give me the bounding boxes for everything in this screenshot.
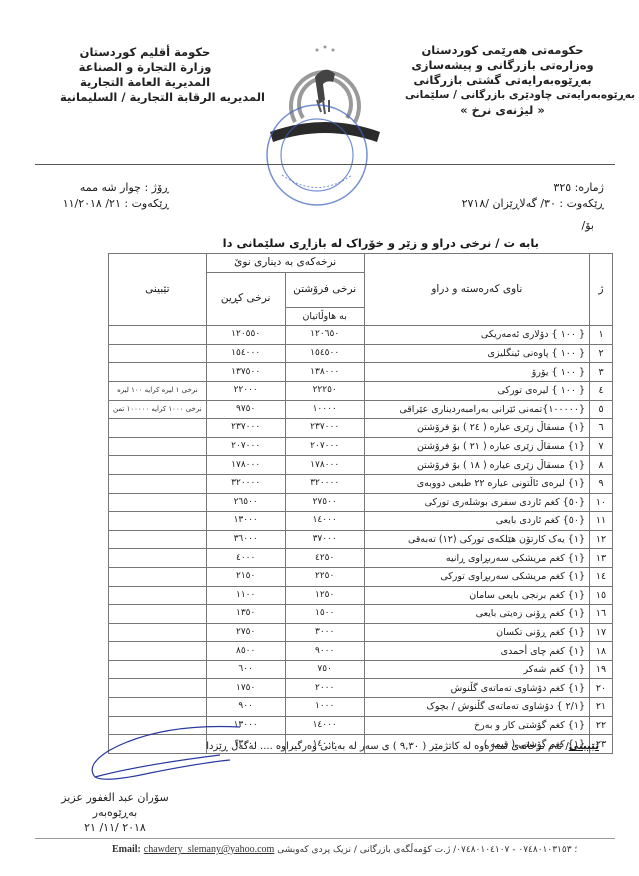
arabic-header: حكومة أقليم كوردستان وزارة التجارة و الص… xyxy=(60,45,230,105)
row-index: ٥ xyxy=(590,400,613,419)
kurdish-header-line: حکومەتی هەرێمی کوردستان xyxy=(405,43,600,58)
col-header-buy: نرخی کڕین xyxy=(206,272,285,326)
row-index: ٧ xyxy=(590,437,613,456)
item-name: {١} کغم شەکر xyxy=(364,660,589,679)
signature-date: ٢٠١٨ /١١/ ٢١ xyxy=(60,820,170,835)
buy-price: ١٣٧٥٠٠ xyxy=(206,363,285,382)
item-name: {١} کغم مریشکی سەربڕاوی تورکی xyxy=(364,567,589,586)
buy-price: ٦٠٠ xyxy=(206,660,285,679)
kurdish-header: حکومەتی هەرێمی کوردستان وەزارەتی بازرگان… xyxy=(405,43,600,118)
row-note xyxy=(109,493,207,512)
row-note xyxy=(109,326,207,345)
table-row: ١٦ {١} کغم ڕۆنی زەیتی بایعی ١٥٠٠ ١٣٥٠ xyxy=(109,605,613,624)
row-note xyxy=(109,586,207,605)
item-name: {١} کغم ڕۆنی زەیتی بایعی xyxy=(364,605,589,624)
item-name: {١} کغم مریشکی سەربڕاوی ڕانیە xyxy=(364,549,589,568)
row-note: نرخی ١٠٠٠ کرایە ١٠٠٠٠٠ تمن xyxy=(109,400,207,419)
row-note xyxy=(109,605,207,624)
sell-price: ١٥٠٠ xyxy=(285,605,364,624)
footer-phones: ؛ ٠٧٤٨٠١٠٣١٥٣ - ٠٧٤٨٠١٠٤١٠٧/ ژ.ت xyxy=(435,845,578,855)
buy-price: ٩٧٥٠ xyxy=(206,400,285,419)
row-index: ١٣ xyxy=(590,549,613,568)
sell-price: ٢٠٧٠٠٠ xyxy=(285,437,364,456)
row-index: ١٥ xyxy=(590,586,613,605)
row-index: ٣ xyxy=(590,363,613,382)
sell-price: ٩٠٠٠ xyxy=(285,642,364,661)
row-index: ٢ xyxy=(590,344,613,363)
item-name: {٥٠} کغم ئاردی سفری بوشلەری تورکی xyxy=(364,493,589,512)
row-note xyxy=(109,419,207,438)
table-row: ٦ {١} مسقاڵ زێری عیارە ( ٢٤ ) بۆ فرۆشتن … xyxy=(109,419,613,438)
buy-price: ٨٥٠٠ xyxy=(206,642,285,661)
row-index: ١٤ xyxy=(590,567,613,586)
buy-price: ٢٦٥٠٠ xyxy=(206,493,285,512)
buy-price: ٣٢٠٠٠٠ xyxy=(206,474,285,493)
sell-price: ٧٥٠ xyxy=(285,660,364,679)
committee-title: « لیژنەی نرخ » xyxy=(405,103,600,118)
footer-divider xyxy=(35,838,615,839)
col-header-sell-sub: بە هاوڵاتیان xyxy=(285,307,364,326)
row-note xyxy=(109,567,207,586)
row-note xyxy=(109,679,207,698)
col-header-index: ژ xyxy=(590,254,613,326)
buy-price: ١٣٠٠٠ xyxy=(206,512,285,531)
row-note xyxy=(109,512,207,531)
buy-price: ١٧٥٠ xyxy=(206,679,285,698)
item-name: {١} کغم دۆشاوی تەماتەی گڵنوش xyxy=(364,679,589,698)
item-name: {٥٠} کغم ئاردی بایعی xyxy=(364,512,589,531)
item-name: {١} مسقاڵ زێری عیارە ( ٢١ ) بۆ فرۆشتن xyxy=(364,437,589,456)
table-row: ١١ {٥٠} کغم ئاردی بایعی ١٤٠٠٠ ١٣٠٠٠ xyxy=(109,512,613,531)
table-row: ١٥ {١} کغم برنجی بایعی سامان ١٢٥٠ ١١٠٠ xyxy=(109,586,613,605)
table-row: ١٨ {١} کغم چای أحمدی ٩٠٠٠ ٨٥٠٠ xyxy=(109,642,613,661)
row-note xyxy=(109,642,207,661)
sell-price: ١٤٠٠٠ xyxy=(285,716,364,735)
item-name: { ١٠٠ } پاوەنی ئینگلیزی xyxy=(364,344,589,363)
row-note xyxy=(109,530,207,549)
item-name: { ١٠٠ } لیرەی تورکی xyxy=(364,381,589,400)
table-row: ٩ {١} لیرەی ئاڵتونی عیارە ٢٢ طبعی دووبەی… xyxy=(109,474,613,493)
footnote: تێبینی/ ئەم نرخانەی سەرەوە لە کاتژمێر ( … xyxy=(206,741,599,752)
buy-price: ٩٠٠ xyxy=(206,698,285,717)
sell-price: ١٢٠٦٥٠ xyxy=(285,326,364,345)
header-divider xyxy=(35,164,615,165)
row-note: نرخی ١ لیرە کرایە ١٠٠ لیرە xyxy=(109,381,207,400)
table-row: ٤ { ١٠٠ } لیرەی تورکی ٢٢٢٥٠ ٢٢٠٠٠ نرخی ١… xyxy=(109,381,613,400)
sell-price: ١٤٠٠٠ xyxy=(285,512,364,531)
row-index: ٢٢ xyxy=(590,716,613,735)
item-name: {١} کغم برنجی بایعی سامان xyxy=(364,586,589,605)
item-name: {٢/١ } دۆشاوی تەماتەی گڵنوش / بچوک xyxy=(364,698,589,717)
row-note xyxy=(109,549,207,568)
col-header-note: تێبینی xyxy=(109,254,207,326)
sell-price: ٢٣٧٠٠٠ xyxy=(285,419,364,438)
table-row: ١٣ {١} کغم مریشکی سەربڕاوی ڕانیە ٤٢٥٠ ٤٠… xyxy=(109,549,613,568)
meta-left: ڕۆژ : چوار شه ممه ڕێکەوت : ٢١/ ١١/٢٠١٨ xyxy=(63,180,169,212)
row-index: ٨ xyxy=(590,456,613,475)
item-name: {١} یەک کارتۆن هێلکەی تورکی (١٢) تەبەقی xyxy=(364,530,589,549)
arabic-header-line: وزارة التجارة و الصناعة xyxy=(60,60,230,75)
signature-scribble-icon xyxy=(70,725,250,785)
col-header-item: ناوی کەرەستە و دراو xyxy=(364,254,589,326)
table-row: ١٧ {١} کغم ڕۆنی تکسان ٣٠٠٠ ٢٧٥٠ xyxy=(109,623,613,642)
row-index: ١٦ xyxy=(590,605,613,624)
buy-price: ١٥٤٠٠٠ xyxy=(206,344,285,363)
row-index: ٩ xyxy=(590,474,613,493)
arabic-header-line: حكومة أقليم كوردستان xyxy=(60,45,230,60)
item-name: {١} کغم گۆشتی کار و بەرخ xyxy=(364,716,589,735)
sell-price: ٢٧٥٠٠ xyxy=(285,493,364,512)
sell-price: ٣٧٠٠٠ xyxy=(285,530,364,549)
buy-price: ٢٢٠٠٠ xyxy=(206,381,285,400)
row-note xyxy=(109,698,207,717)
row-index: ٢١ xyxy=(590,698,613,717)
sell-price: ١٣٨٠٠٠ xyxy=(285,363,364,382)
buy-price: ٢٣٧٠٠٠ xyxy=(206,419,285,438)
sell-price: ٢٠٠٠ xyxy=(285,679,364,698)
reference-date: ڕێکەوت : ٣٠/ گەلاڕێزان /٢٧١٨ xyxy=(462,196,604,212)
document-number: ژمارە: ٣٢٥ xyxy=(462,180,604,196)
sell-price: ٣٠٠٠ xyxy=(285,623,364,642)
buy-price: ١٢٠٥٥٠ xyxy=(206,326,285,345)
sell-price: ١٥٤٥٠٠ xyxy=(285,344,364,363)
buy-price: ٢٧٥٠ xyxy=(206,623,285,642)
row-note xyxy=(109,344,207,363)
row-index: ١٧ xyxy=(590,623,613,642)
row-index: ١٢ xyxy=(590,530,613,549)
row-note xyxy=(109,456,207,475)
row-index: ١٨ xyxy=(590,642,613,661)
sell-price: ١٠٠٠٠ xyxy=(285,400,364,419)
buy-price: ٢٠٧٠٠٠ xyxy=(206,437,285,456)
kurdish-header-line: بەڕێوەبەرایەتی گشتی بازرگانی xyxy=(405,73,600,88)
email-link[interactable]: chawdery_slemany@yahoo.com xyxy=(144,844,275,855)
sell-price: ٢٢٥٠ xyxy=(285,567,364,586)
day-label: ڕۆژ : چوار شه ممه xyxy=(63,180,169,196)
buy-price: ١٧٨٠٠٠ xyxy=(206,456,285,475)
row-index: ١٠ xyxy=(590,493,613,512)
sell-price: ١٧٨٠٠٠ xyxy=(285,456,364,475)
item-name: { ١٠٠ } یۆرۆ xyxy=(364,363,589,382)
col-header-price-group: نرخەکەی بە دیناری نوێ xyxy=(206,254,364,273)
item-name: {١} لیرەی ئاڵتونی عیارە ٢٢ طبعی دووبەی xyxy=(364,474,589,493)
buy-price: ١١٠٠ xyxy=(206,586,285,605)
table-row: ٧ {١} مسقاڵ زێری عیارە ( ٢١ ) بۆ فرۆشتن … xyxy=(109,437,613,456)
table-row: ١٩ {١} کغم شەکر ٧٥٠ ٦٠٠ xyxy=(109,660,613,679)
footer: Email: chawdery_slemany@yahoo.com ؛ ٠٧٤٨… xyxy=(112,844,577,855)
item-name: { ١٠٠ } دۆلاری ئەمەریکی xyxy=(364,326,589,345)
table-row: ٨ {١} مسقاڵ زێری عیارە ( ١٨ ) بۆ فرۆشتن … xyxy=(109,456,613,475)
item-name: {١٠٠٠٠٠}تمەنی ئێرانی بەرامبەردیناری عێرا… xyxy=(364,400,589,419)
row-note xyxy=(109,363,207,382)
item-name: {١} مسقاڵ زێری عیارە ( ٢٤ ) بۆ فرۆشتن xyxy=(364,419,589,438)
price-table: ژ ناوی کەرەستە و دراو نرخەکەی بە دیناری … xyxy=(108,253,613,754)
buy-price: ١٣٥٠ xyxy=(206,605,285,624)
date-label: ڕێکەوت : ٢١/ ١١/٢٠١٨ xyxy=(63,196,169,212)
kurdish-header-line: وەزارەتی بازرگانی و پیشەسازی xyxy=(405,58,600,73)
row-note xyxy=(109,660,207,679)
sell-price: ١٠٠٠ xyxy=(285,698,364,717)
row-index: ١٩ xyxy=(590,660,613,679)
row-index: ٤ xyxy=(590,381,613,400)
row-note xyxy=(109,474,207,493)
buy-price: ٤٠٠٠ xyxy=(206,549,285,568)
sell-price: ١٢٥٠ xyxy=(285,586,364,605)
item-name: {١} کغم ڕۆنی تکسان xyxy=(364,623,589,642)
table-row: ١٢ {١} یەک کارتۆن هێلکەی تورکی (١٢) تەبە… xyxy=(109,530,613,549)
table-row: ٢٠ {١} کغم دۆشاوی تەماتەی گڵنوش ٢٠٠٠ ١٧٥… xyxy=(109,679,613,698)
row-index: ١ xyxy=(590,326,613,345)
col-header-sell: نرخی فرۆشتن xyxy=(285,272,364,307)
signatory-name: سۆران عبد الغفور عزيز xyxy=(60,790,170,805)
footnote-label: تێبینی xyxy=(569,741,599,752)
signature-block: سۆران عبد الغفور عزيز بەڕێوەبەر ٢٠١٨ /١١… xyxy=(60,790,170,835)
item-name: {١} مسقاڵ زێری عیارە ( ١٨ ) بۆ فرۆشتن xyxy=(364,456,589,475)
row-index: ٢٠ xyxy=(590,679,613,698)
kurdish-header-line: بەڕێوەبەرایەتی چاودێری بازرگانی / سلێمان… xyxy=(405,88,600,103)
footer-address: کۆمەڵگەی بازرگانی / نزیک پردی کەوبشی xyxy=(277,845,432,855)
row-note xyxy=(109,623,207,642)
official-stamp-icon xyxy=(262,100,372,210)
buy-price: ٢١٥٠ xyxy=(206,567,285,586)
table-row: ١ { ١٠٠ } دۆلاری ئەمەریکی ١٢٠٦٥٠ ١٢٠٥٥٠ xyxy=(109,326,613,345)
item-name: {١} کغم چای أحمدی xyxy=(364,642,589,661)
meta-right: ژمارە: ٣٢٥ ڕێکەوت : ٣٠/ گەلاڕێزان /٢٧١٨ xyxy=(462,180,604,212)
row-index: ٦ xyxy=(590,419,613,438)
footnote-text: / ئەم نرخانەی سەرەوە لە کاتژمێر ( ٩,٣٠ )… xyxy=(206,741,569,752)
table-row: ٣ { ١٠٠ } یۆرۆ ١٣٨٠٠٠ ١٣٧٥٠٠ xyxy=(109,363,613,382)
buy-price: ٣٦٠٠٠ xyxy=(206,530,285,549)
email-label: Email: xyxy=(112,844,141,855)
sell-price: ٤٢٥٠ xyxy=(285,549,364,568)
table-row: ٢ { ١٠٠ } پاوەنی ئینگلیزی ١٥٤٥٠٠ ١٥٤٠٠٠ xyxy=(109,344,613,363)
table-row: ٥ {١٠٠٠٠٠}تمەنی ئێرانی بەرامبەردیناری عێ… xyxy=(109,400,613,419)
row-note xyxy=(109,437,207,456)
table-row: ٢١ {٢/١ } دۆشاوی تەماتەی گڵنوش / بچوک ١٠… xyxy=(109,698,613,717)
arabic-header-line: المديرية العامة التجارية xyxy=(60,75,230,90)
arabic-header-line: المديريه الرقابة التجارية / السليمانية xyxy=(60,90,230,105)
row-index: ١١ xyxy=(590,512,613,531)
signatory-title: بەڕێوەبەر xyxy=(60,805,170,820)
recipient-label: بۆ/ xyxy=(582,218,594,234)
table-row: ١٤ {١} کغم مریشکی سەربڕاوی تورکی ٢٢٥٠ ٢١… xyxy=(109,567,613,586)
table-row: ١٠ {٥٠} کغم ئاردی سفری بوشلەری تورکی ٢٧٥… xyxy=(109,493,613,512)
subject-line: بابه ت / نرخی دراو و زێر و خۆراک لە بازا… xyxy=(223,236,539,250)
sell-price: ٣٢٠٠٠٠ xyxy=(285,474,364,493)
sell-price: ٢٢٢٥٠ xyxy=(285,381,364,400)
